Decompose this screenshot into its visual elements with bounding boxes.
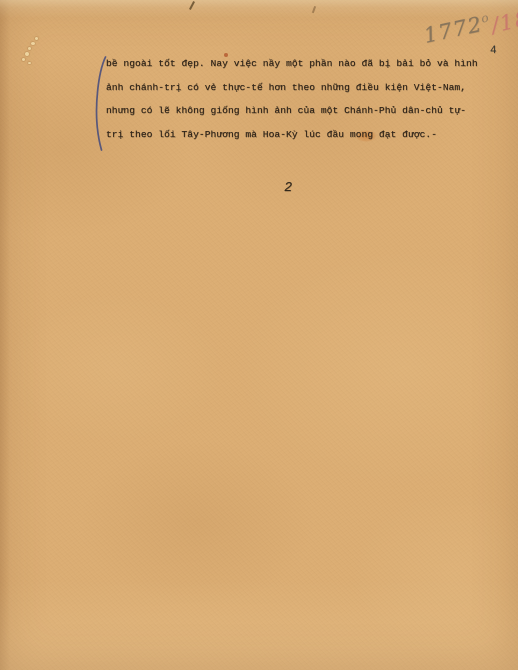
archival-number-pencil: 1772 — [422, 12, 485, 48]
document-page: 1772o/18 4 bề ngoài tốt đẹp. Nay việc nầ… — [0, 0, 518, 670]
paper-speck — [28, 62, 31, 64]
typed-line: nhưng có lẽ không giống hình ảnh của một… — [106, 99, 492, 123]
archival-number-handwritten: 1772o/18 — [422, 2, 518, 48]
typed-line: ảnh chánh-trị có vẻ thực-tế hơn theo nhữ… — [106, 76, 492, 100]
paper-speck — [35, 37, 38, 40]
typed-line: bề ngoài tốt đẹp. Nay việc nầy một phần … — [106, 52, 492, 76]
top-edge-mark — [312, 6, 316, 13]
typed-paragraph: bề ngoài tốt đẹp. Nay việc nầy một phần … — [106, 52, 492, 146]
paper-speck — [31, 42, 35, 45]
paper-speck — [28, 47, 31, 50]
typed-line: trị theo lối Tây-Phương mà Hoa-Kỳ lúc đầ… — [106, 123, 492, 147]
archival-number-red: /18 — [489, 6, 518, 37]
center-page-mark: 2 — [283, 181, 294, 196]
paper-speck — [25, 52, 29, 56]
paper-speck — [22, 58, 25, 61]
top-edge-mark — [189, 1, 195, 10]
